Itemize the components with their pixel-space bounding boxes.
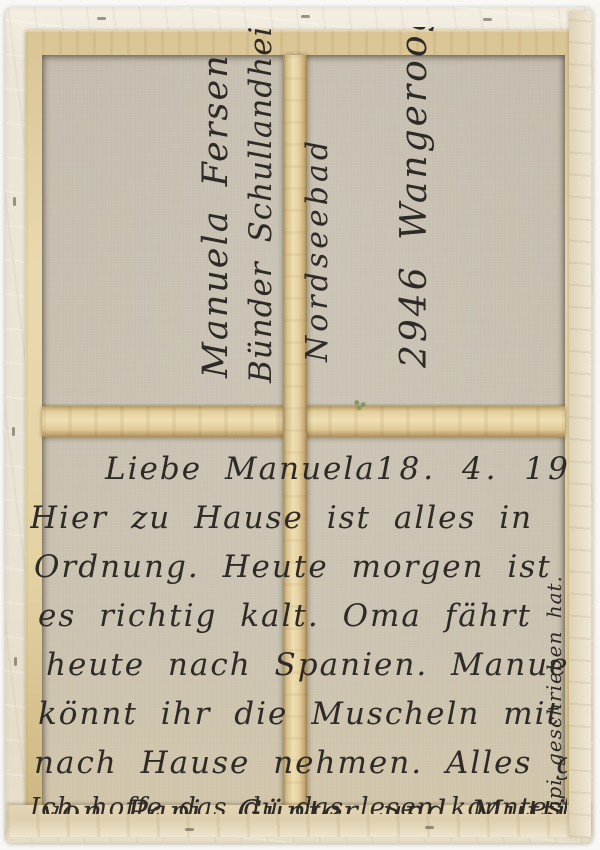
letter-line: nach Hause nehmen. Alles gute bbox=[30, 739, 562, 788]
letter-line: heute nach Spanien. Manuela bbox=[30, 641, 562, 690]
canvas-back: Manuela Fersen Bünder Schullandheim, Nor… bbox=[5, 7, 593, 843]
letter-line: es richtig kalt. Oma fährt bbox=[30, 592, 562, 641]
letter-date: 18. 4. 19,80 bbox=[376, 445, 567, 494]
letter-line: Ordnung. Heute morgen ist bbox=[30, 543, 562, 592]
letter-heading: Liebe Manuela 18. 4. 19,80 bbox=[30, 445, 562, 494]
staple-mark bbox=[97, 17, 106, 20]
address-institution: Bünder Schullandheim, bbox=[245, 29, 278, 383]
staple-mark bbox=[12, 427, 15, 436]
handwriting-layer: Manuela Fersen Bünder Schullandheim, Nor… bbox=[30, 27, 567, 814]
letter-line: könnt ihr die Muscheln mit bbox=[30, 690, 562, 739]
staple-mark bbox=[13, 197, 16, 206]
canvas-fold-right bbox=[569, 11, 591, 837]
letter-line: Hier zu Hause ist alles in bbox=[30, 494, 562, 543]
letter-salutation: Liebe Manuela bbox=[105, 445, 376, 494]
staple-mark bbox=[14, 657, 17, 666]
staple-mark bbox=[301, 15, 310, 18]
photo-canvas-back: { "photo": { "description": "Back of a s… bbox=[0, 0, 600, 850]
letter-clipped-line: Ich hoffe das du das lesen konntest was bbox=[30, 793, 567, 814]
letter-margin-note: Papi geschrieben hat. bbox=[542, 548, 566, 814]
address-name: Manuela Fersen bbox=[198, 103, 235, 378]
staple-mark bbox=[425, 826, 434, 829]
staple-mark bbox=[185, 828, 194, 831]
address-postal-town: 2946 Wangerooge bbox=[396, 50, 434, 368]
letter-body: Liebe Manuela 18. 4. 19,80 Hier zu Hause… bbox=[30, 445, 562, 814]
address-location: Nordseebad bbox=[302, 144, 334, 362]
staple-mark bbox=[483, 18, 492, 21]
